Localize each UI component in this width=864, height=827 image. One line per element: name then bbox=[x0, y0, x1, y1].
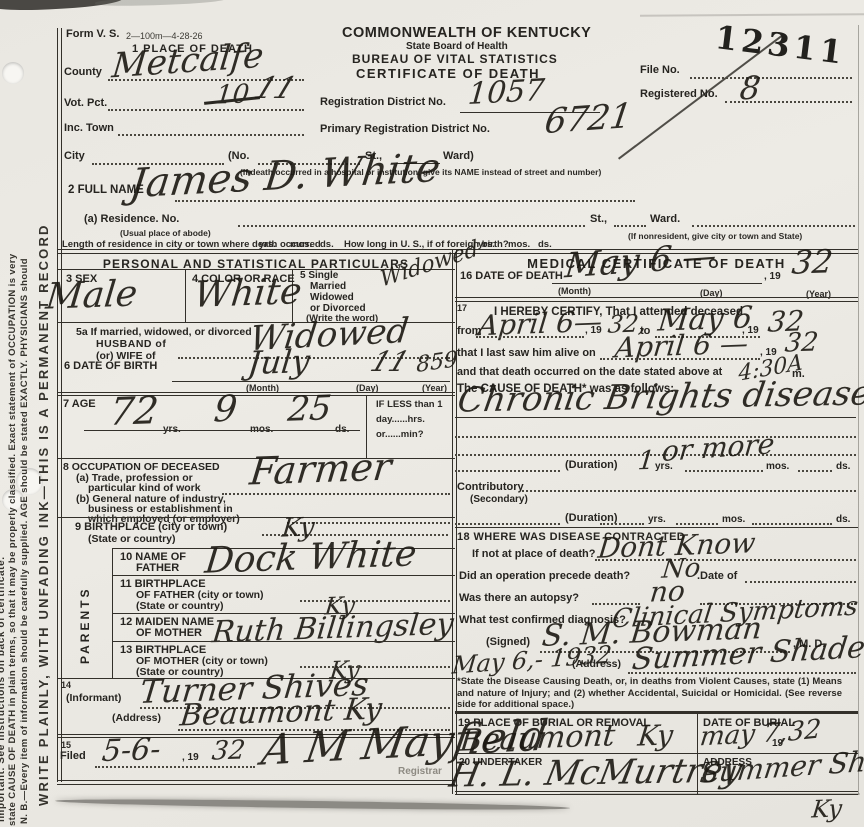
residence-ward-line bbox=[692, 225, 855, 227]
left-bottom-border bbox=[57, 780, 455, 781]
burial-date-year-prefix: 19 bbox=[772, 738, 783, 749]
marital-option-2: Married bbox=[310, 281, 346, 292]
left-bottom-border-inner bbox=[57, 784, 455, 785]
vot-pct-crossed-value: 10 bbox=[215, 81, 251, 108]
column-divider bbox=[452, 249, 453, 794]
inc-town-line bbox=[118, 134, 304, 136]
residence-ward-label: Ward. bbox=[650, 213, 680, 225]
city-label: City bbox=[64, 150, 85, 162]
date-of-death-label: 16 DATE OF DEATH bbox=[460, 270, 563, 282]
county-label: County bbox=[64, 66, 102, 78]
parents-label: PARENTS bbox=[78, 587, 92, 664]
city-ward-label: Ward) bbox=[443, 150, 474, 162]
registration-district-value: 1057 bbox=[467, 76, 546, 110]
top-edge-line bbox=[640, 13, 864, 17]
death-certificate-scan: WRITE PLAINLY, WITH UNFADING INK—THIS IS… bbox=[0, 0, 864, 827]
row-border-inner bbox=[455, 301, 858, 302]
margin-note-line1: N. B.—Every item of information should b… bbox=[19, 258, 30, 824]
duration2-mos: mos. bbox=[722, 514, 745, 525]
autopsy-question: Was there an autopsy? bbox=[459, 592, 579, 604]
age-label: 7 AGE bbox=[63, 398, 96, 410]
father-birthplace-label-3: (State or country) bbox=[136, 600, 224, 612]
vot-pct-label: Vot. Pct. bbox=[64, 97, 107, 109]
duration2-line bbox=[676, 523, 718, 525]
duration2-lead-line bbox=[455, 523, 560, 525]
mother-name-value: Ruth Billingsley bbox=[210, 610, 454, 649]
primary-registration-value: 6721 bbox=[543, 99, 634, 139]
dod-year-prefix: , 19 bbox=[764, 271, 781, 282]
filed-date-value: 5-6- bbox=[100, 735, 162, 767]
section-17-number: 17 bbox=[457, 303, 467, 313]
birthplace-label: 9 BIRTHPLACE (city or town) bbox=[75, 521, 227, 533]
form-code: 2—100m—4-28-26 bbox=[126, 31, 203, 41]
signed-address-label: (Address) bbox=[572, 658, 621, 670]
foreign-yrs: yrs. bbox=[478, 239, 495, 250]
duration-ds: ds. bbox=[836, 461, 850, 472]
registrar-label: Registrar bbox=[398, 766, 442, 777]
birthplace-sub-label: (State or country) bbox=[88, 533, 176, 545]
duration-label: (Duration) bbox=[565, 459, 618, 471]
right-bottom-border bbox=[455, 791, 858, 792]
dob-line bbox=[172, 381, 450, 382]
cause-footnote: *State the Disease Causing Death, or, in… bbox=[457, 676, 842, 711]
margin-note-line3: important. See instructions on back of c… bbox=[0, 556, 7, 822]
corner-smudge-light bbox=[95, 0, 225, 7]
form-number-label: Form V. S. bbox=[66, 28, 119, 40]
duration2-line bbox=[752, 523, 832, 525]
cause-extra-line bbox=[455, 436, 856, 438]
father-name-value: Dock White bbox=[203, 536, 418, 580]
age-months-value: 9 bbox=[212, 392, 239, 429]
parents-row-border bbox=[112, 641, 455, 642]
county-value: Metcalfe bbox=[110, 39, 265, 84]
length-yrs: yrs. bbox=[259, 239, 276, 250]
sex-value: Male bbox=[44, 276, 139, 315]
operation-date-line bbox=[745, 581, 856, 583]
residence-st-line bbox=[614, 225, 646, 227]
duration-line bbox=[685, 470, 763, 472]
informant-label: (Informant) bbox=[66, 692, 121, 704]
parents-row-border bbox=[112, 575, 455, 576]
file-no-label: File No. bbox=[640, 64, 680, 76]
not-at-place-question: If not at place of death? bbox=[472, 548, 595, 560]
duration-more-value: or more bbox=[661, 430, 776, 466]
residence-st-label: St., bbox=[590, 213, 607, 225]
form-left-border-inner bbox=[61, 28, 62, 782]
section-18-top-border bbox=[455, 527, 858, 528]
father-birthplace-line bbox=[300, 600, 450, 602]
vot-pct-line bbox=[108, 109, 304, 111]
length-mos: mos. bbox=[290, 239, 312, 250]
not-at-place-line bbox=[595, 559, 856, 561]
contributory-label: Contributory bbox=[457, 481, 524, 493]
primary-registration-label: Primary Registration District No. bbox=[320, 123, 490, 135]
filed-label: Filed bbox=[60, 750, 86, 762]
margin-note-line2: state CAUSE OF DEATH in plain terms, so … bbox=[7, 253, 18, 826]
race-value: White bbox=[192, 274, 303, 314]
length-ds: ds. bbox=[320, 239, 334, 250]
operation-question: Did an operation precede death? bbox=[459, 570, 630, 582]
dod-year-value: 32 bbox=[790, 245, 834, 279]
dob-month-value: July bbox=[246, 345, 311, 379]
inc-town-label: Inc. Town bbox=[64, 122, 114, 134]
dob-label: 6 DATE OF BIRTH bbox=[64, 360, 157, 372]
last-saw-label: that I last saw him alive on bbox=[457, 347, 596, 359]
date-of-death-line bbox=[552, 283, 762, 284]
duration-line bbox=[798, 470, 832, 472]
residence-line bbox=[238, 225, 585, 227]
operation-date-label: .Date of bbox=[697, 570, 737, 582]
cause-line bbox=[455, 417, 856, 418]
marital-option-1: 5 Single bbox=[300, 270, 338, 281]
from-line bbox=[476, 336, 584, 338]
foreign-ds: ds. bbox=[538, 239, 552, 250]
secondary-label: (Secondary) bbox=[470, 494, 528, 505]
informant-address-label: (Address) bbox=[112, 712, 161, 724]
duration-mos: mos. bbox=[766, 461, 789, 472]
informant-number: 14 bbox=[61, 680, 71, 690]
burial-top-border bbox=[455, 711, 858, 714]
burial-date-year: 32 bbox=[787, 716, 822, 746]
foreign-mos: mos. bbox=[508, 239, 530, 250]
filed-line bbox=[95, 766, 255, 768]
abode-note: (Usual place of abode) bbox=[120, 228, 211, 238]
occupation-value: Farmer bbox=[248, 447, 393, 490]
age-line bbox=[84, 430, 360, 431]
spouse-label-2: HUSBAND of bbox=[96, 338, 166, 350]
form-left-border bbox=[57, 28, 58, 782]
full-name-value: James D. White bbox=[128, 148, 443, 205]
state-board-subtitle: State Board of Health bbox=[406, 41, 508, 52]
full-name-line bbox=[175, 200, 635, 202]
age-days-value: 25 bbox=[286, 391, 333, 427]
age-years-value: 72 bbox=[108, 391, 160, 431]
if-less-line-3: or......min? bbox=[376, 429, 424, 440]
duration-num-value: 1 bbox=[637, 448, 656, 475]
duration2-ds: ds. bbox=[836, 514, 850, 525]
bureau-subtitle: BUREAU OF VITAL STATISTICS bbox=[352, 52, 558, 66]
stamp-number: 12311 bbox=[713, 18, 848, 72]
mother-name-label-2: OF MOTHER bbox=[136, 627, 202, 639]
cell-divider bbox=[185, 269, 186, 322]
right-bottom-border-inner bbox=[455, 794, 858, 795]
duration-lead-line bbox=[455, 470, 560, 472]
last-saw-line bbox=[600, 358, 760, 360]
dob-year-value: 859 bbox=[416, 349, 458, 377]
father-name-label-2: FATHER bbox=[136, 562, 179, 574]
length-residence-label: Length of residence in city or town wher… bbox=[62, 239, 321, 250]
row-border bbox=[455, 297, 858, 298]
registered-no-label: Registered No. bbox=[640, 88, 718, 100]
burial-place-value: Beaumont bbox=[458, 721, 616, 757]
date-of-death-value: May 6 — bbox=[563, 239, 718, 284]
filed-number: 15 bbox=[61, 740, 71, 750]
cause-of-death-value: Chronic Brights disease bbox=[455, 376, 864, 417]
spouse-label-1: 5a If married, widowed, or divorced bbox=[76, 326, 252, 338]
duration2-line bbox=[600, 523, 644, 525]
filed-year-prefix: , 19 bbox=[182, 752, 199, 763]
marital-option-3: Widowed bbox=[310, 292, 354, 303]
signed-address-line bbox=[628, 672, 856, 674]
punch-hole bbox=[2, 62, 24, 84]
duration2-yrs: yrs. bbox=[648, 514, 666, 525]
registered-no-value: 8 bbox=[738, 72, 762, 105]
burial-place-state: Ky bbox=[637, 721, 675, 750]
bottom-scan-streak bbox=[55, 797, 570, 811]
filed-year-value: 32 bbox=[211, 737, 247, 764]
from-year-prefix: , 19 bbox=[585, 325, 602, 336]
dod-month-caption: (Month) bbox=[558, 286, 591, 296]
residence-label: (a) Residence. No. bbox=[84, 213, 179, 225]
row-border bbox=[57, 517, 455, 518]
undertaker-address-state: Ky bbox=[811, 796, 843, 821]
if-less-line-1: IF LESS than 1 bbox=[376, 399, 443, 410]
contributory-line bbox=[522, 490, 856, 492]
occupation-a-line bbox=[222, 493, 450, 495]
registration-district-label: Registration District No. bbox=[320, 96, 446, 108]
if-less-line-2: day......hrs. bbox=[376, 414, 425, 425]
cause-extra-line bbox=[455, 454, 856, 456]
commonwealth-title: COMMONWEALTH OF KENTUCKY bbox=[342, 25, 591, 41]
file-no-line bbox=[690, 77, 852, 79]
